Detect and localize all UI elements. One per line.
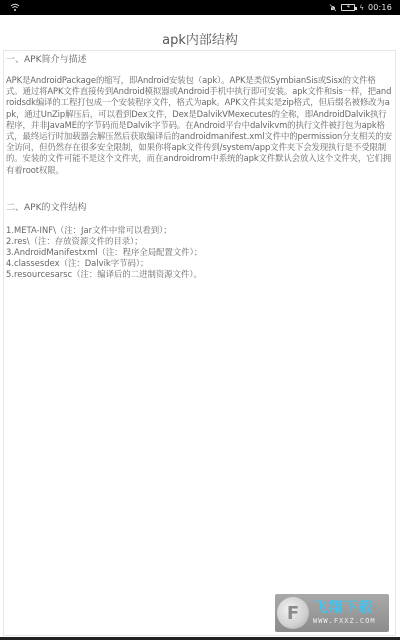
- charging-icon: ϟ: [359, 4, 364, 12]
- page-title: apk内部结构: [162, 29, 238, 48]
- file-structure-list: 1.META-INF\（注：Jar文件中常可以看到）； 2.res\（注：存放资…: [6, 225, 392, 280]
- article-content[interactable]: 一、APK简介与描述 APK是AndroidPackage的缩写，即Androi…: [3, 50, 396, 636]
- clock: 00:16: [368, 3, 392, 12]
- watermark-url: WWW.FXXZ.COM: [313, 616, 376, 626]
- status-left: [10, 3, 20, 12]
- status-bar: 4 ϟ 00:16: [0, 0, 400, 15]
- wifi-icon: [10, 3, 20, 12]
- list-item: 4.classesdex（注：Dalvik字节码）；: [6, 258, 392, 269]
- list-item: 5.resourcesarsc（注：编译后的二进制资源文件）。: [6, 269, 392, 280]
- intro-paragraph: APK是AndroidPackage的缩写，即Android安装包（apk）。A…: [6, 75, 392, 176]
- status-right: 4 ϟ 00:16: [329, 3, 392, 12]
- section-heading-structure: 二、APK的文件结构: [6, 202, 392, 214]
- list-item: 2.res\（注：存放资源文件的目录）；: [6, 236, 392, 247]
- watermark-text: 飞翔下载 WWW.FXXZ.COM: [313, 600, 376, 626]
- watermark-logo-icon: F: [277, 597, 309, 629]
- list-item: 1.META-INF\（注：Jar文件中常可以看到）；: [6, 225, 392, 236]
- notification-off-icon: [329, 4, 337, 12]
- section-heading-intro: 一、APK简介与描述: [6, 54, 392, 66]
- watermark-name: 飞翔下载: [313, 600, 376, 616]
- list-item: 3.AndroidManifestxml（注：程序全局配置文件）；: [6, 247, 392, 258]
- battery-icon: 4: [341, 4, 355, 11]
- watermark: F 飞翔下载 WWW.FXXZ.COM: [275, 594, 389, 632]
- app-header: apk内部结构: [0, 15, 400, 50]
